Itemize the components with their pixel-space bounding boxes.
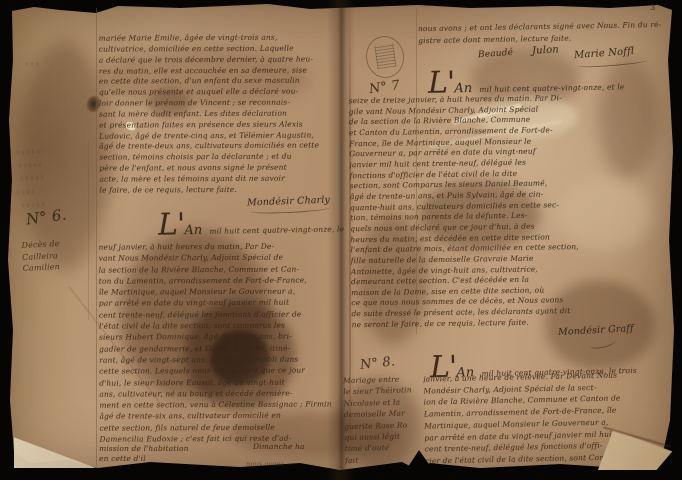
witness-signature: Julon: [532, 44, 559, 56]
margin-note-deces: Décès deCailleiraCamilien: [21, 236, 97, 274]
act6-body: neuf janvier, à huit heures du matin, Pa…: [98, 240, 332, 445]
act6-trailing-line: en cette d'il: [99, 454, 146, 463]
act7-body: seize de treize janvier, à huit heures d…: [348, 92, 664, 331]
right-page-act-continuation: nous avons ; et ont les déclarants signé…: [418, 19, 664, 46]
opening-text: mil huit cent quatre-vingt-onze, le: [209, 224, 344, 235]
bleed-through-marks: [26, 62, 41, 67]
handwritten-line: ton du Lamentin, arrondissement de Fort-…: [99, 274, 332, 287]
handwritten-line: ment en cette section, venu à Célestine …: [99, 399, 332, 412]
bleed-through-marks: [19, 163, 41, 168]
handwritten-line: qu'elle nous présente et auquel elle a d…: [99, 87, 332, 99]
bleed-through-marks: [21, 176, 45, 181]
handwritten-line: le faire, de ce requis, lecture faite.: [99, 184, 332, 196]
faint-note: nous avons —: [246, 460, 293, 468]
handwritten-line: et présentation faites en présence des s…: [99, 119, 332, 131]
page-number: 3: [650, 3, 655, 12]
scanned-register-spread: mariée Marie Emilie, âgée de vingt-trois…: [0, 0, 682, 480]
flourished-initial: L'An: [158, 207, 203, 243]
bleed-through-marks: [17, 190, 37, 195]
stamp-crest: [374, 44, 396, 69]
handwritten-line: a déclaré que le trois décembre dernier,…: [99, 54, 332, 66]
act6-opening-line: L'An mil huit cent quatre-vingt-onze, le: [158, 204, 345, 242]
bleed-through-marks: [22, 203, 46, 208]
margin-rule-left-page: [96, 8, 97, 466]
bottom-edge-tear: [406, 450, 433, 470]
handwritten-line: cette section. Lesquels nous ont déclaré…: [99, 365, 332, 378]
handwritten-line: cent trente-neuf, délégué les fonctions …: [99, 308, 332, 321]
handwritten-line: âgé de trente-deux ans, cultivateurs dom…: [99, 141, 332, 153]
left-page-act-continuation: mariée Marie Emilie, âgée de vingt-trois…: [99, 32, 333, 197]
act6-trailing-line: mission de l'habitation: [99, 444, 189, 453]
act6-trailing-word: Dimanche ha: [253, 442, 305, 451]
